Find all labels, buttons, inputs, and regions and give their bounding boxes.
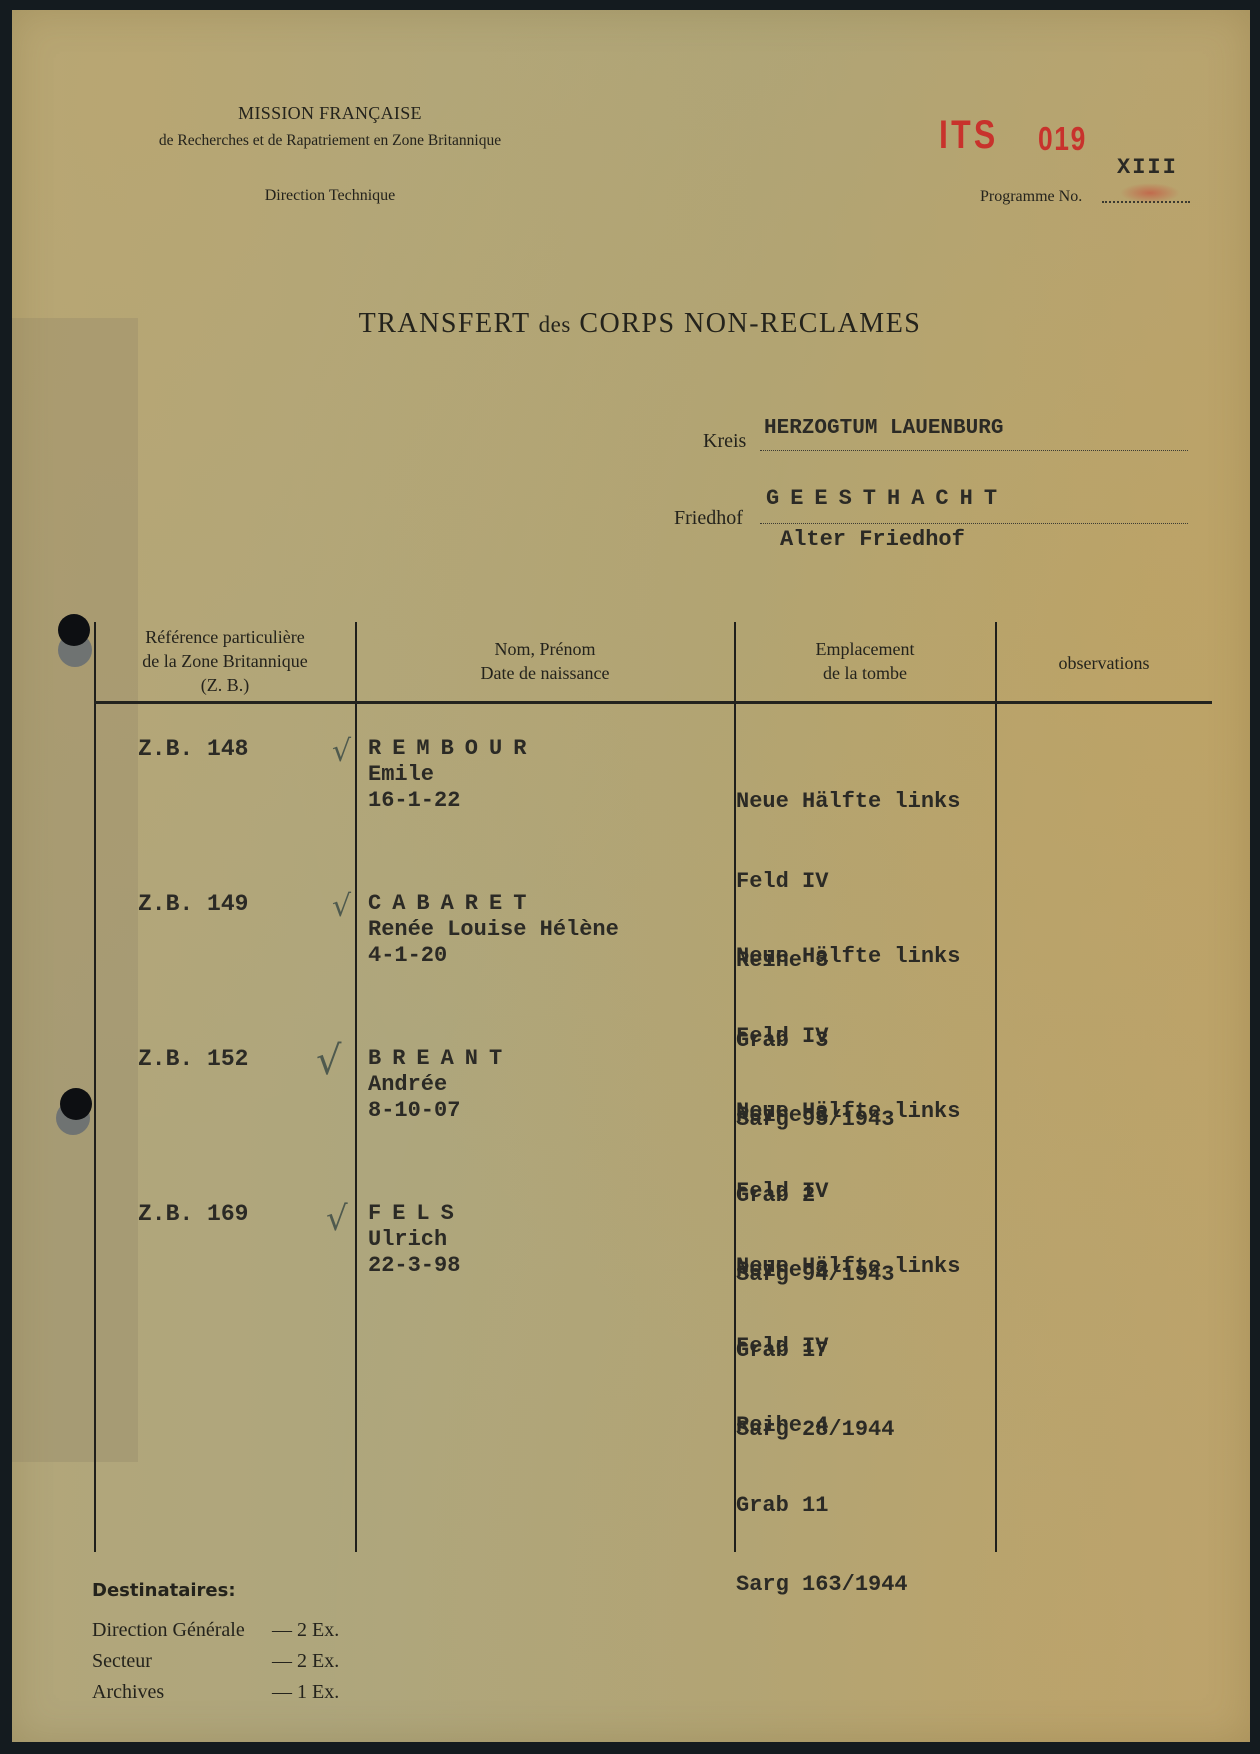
title-part: des (539, 312, 571, 337)
firstname: Ulrich (368, 1227, 465, 1253)
header-text: de la Zone Britannique (96, 649, 354, 673)
recipients-title: Destinataires: (92, 1580, 236, 1601)
table-row: Z.B. 169 √ FELS Ulrich 22-3-98 Neue Hälf… (0, 1201, 1260, 1356)
name-cell: CABARET Renée Louise Hélène 4-1-20 (368, 891, 619, 969)
recipient-name: Direction Générale (92, 1619, 245, 1642)
friedhof-subname: Alter Friedhof (780, 527, 965, 552)
programme-number: XIII (1117, 155, 1178, 180)
red-ink-mark (1120, 183, 1180, 203)
name-cell: FELS Ulrich 22-3-98 (368, 1201, 465, 1279)
location-line: Sarg 163/1944 (736, 1572, 960, 1599)
header-text: Date de naissance (357, 661, 733, 685)
title-part: CORPS NON-RECLAMES (579, 308, 921, 339)
reference-cell: Z.B. 148 (138, 736, 248, 762)
checkmark-icon: √ (332, 889, 351, 924)
document-title: TRANSFERT des CORPS NON-RECLAMES (300, 308, 980, 340)
recipient-copies: — 2 Ex. (272, 1619, 339, 1642)
organization-subtitle: de Recherches et de Rapatriement en Zone… (100, 127, 560, 154)
column-header-name: Nom, Prénom Date de naissance (357, 637, 733, 685)
location-line: Neue Hälfte links (736, 944, 960, 971)
title-part: TRANSFERT (359, 308, 531, 339)
location-line: Neue Hälfte links (736, 1099, 960, 1126)
column-header-observations: observations (997, 651, 1211, 675)
table-row: Z.B. 149 √ CABARET Renée Louise Hélène 4… (0, 891, 1260, 1046)
grave-location-cell: Neue Hälfte links Feld IV Reihe 4 Grab 1… (736, 1201, 960, 1652)
reference-cell: Z.B. 152 (138, 1046, 248, 1072)
header-text: Nom, Prénom (357, 637, 733, 661)
surname: REMBOUR (368, 736, 537, 762)
location-line: Neue Hälfte links (736, 1254, 960, 1281)
reference-cell: Z.B. 169 (138, 1201, 248, 1227)
recipient-copies: — 2 Ex. (272, 1650, 339, 1673)
birthdate: 4-1-20 (368, 943, 619, 969)
programme-label: Programme No. (980, 188, 1082, 206)
location-line: Reihe 4 (736, 1413, 960, 1440)
surname: BREANT (368, 1046, 513, 1072)
name-cell: BREANT Andrée 8-10-07 (368, 1046, 513, 1124)
location-line: Feld IV (736, 1334, 960, 1361)
surname: CABARET (368, 891, 619, 917)
table-header-rule (94, 701, 1212, 704)
checkmark-icon: √ (316, 1038, 342, 1084)
organization-name: MISSION FRANÇAISE (100, 100, 560, 127)
kreis-value: HERZOGTUM LAUENBURG (764, 417, 1003, 440)
firstname: Andrée (368, 1072, 513, 1098)
name-cell: REMBOUR Emile 16-1-22 (368, 736, 537, 814)
surname: FELS (368, 1201, 465, 1227)
header-text: Référence particulière (96, 625, 354, 649)
checkmark-icon: √ (332, 734, 351, 769)
checkmark-icon: √ (326, 1199, 348, 1239)
recipient-name: Archives (92, 1681, 164, 1704)
kreis-dotted-line (760, 450, 1188, 451)
recipient-copies: — 1 Ex. (272, 1681, 339, 1704)
kreis-label: Kreis (703, 430, 746, 453)
column-header-reference: Référence particulière de la Zone Britan… (96, 625, 354, 697)
punch-hole-icon (58, 614, 90, 646)
its-stamp-number: 019 (1038, 120, 1087, 158)
location-line: Neue Hälfte links (736, 789, 960, 816)
firstname: Emile (368, 762, 537, 788)
reference-cell: Z.B. 149 (138, 891, 248, 917)
location-line: Grab 11 (736, 1493, 960, 1520)
column-header-location: Emplacement de la tombe (736, 637, 994, 685)
header-text: observations (997, 651, 1211, 675)
organization-header: MISSION FRANÇAISE de Recherches et de Ra… (100, 100, 560, 154)
header-text: Emplacement (736, 637, 994, 661)
table-row: Z.B. 152 √ BREANT Andrée 8-10-07 Neue Hä… (0, 1046, 1260, 1201)
header-text: de la tombe (736, 661, 994, 685)
table-row: Z.B. 148 √ REMBOUR Emile 16-1-22 Neue Hä… (0, 736, 1260, 891)
header-text: (Z. B.) (96, 673, 354, 697)
friedhof-label: Friedhof (674, 507, 743, 530)
recipient-name: Secteur (92, 1650, 152, 1673)
birthdate: 22-3-98 (368, 1253, 465, 1279)
birthdate: 8-10-07 (368, 1098, 513, 1124)
department-name: Direction Technique (200, 187, 460, 205)
its-stamp-prefix: ITS (939, 113, 998, 158)
birthdate: 16-1-22 (368, 788, 537, 814)
friedhof-dotted-line (760, 523, 1188, 524)
firstname: Renée Louise Hélène (368, 917, 619, 943)
friedhof-value: GEESTHACHT (766, 486, 1008, 511)
